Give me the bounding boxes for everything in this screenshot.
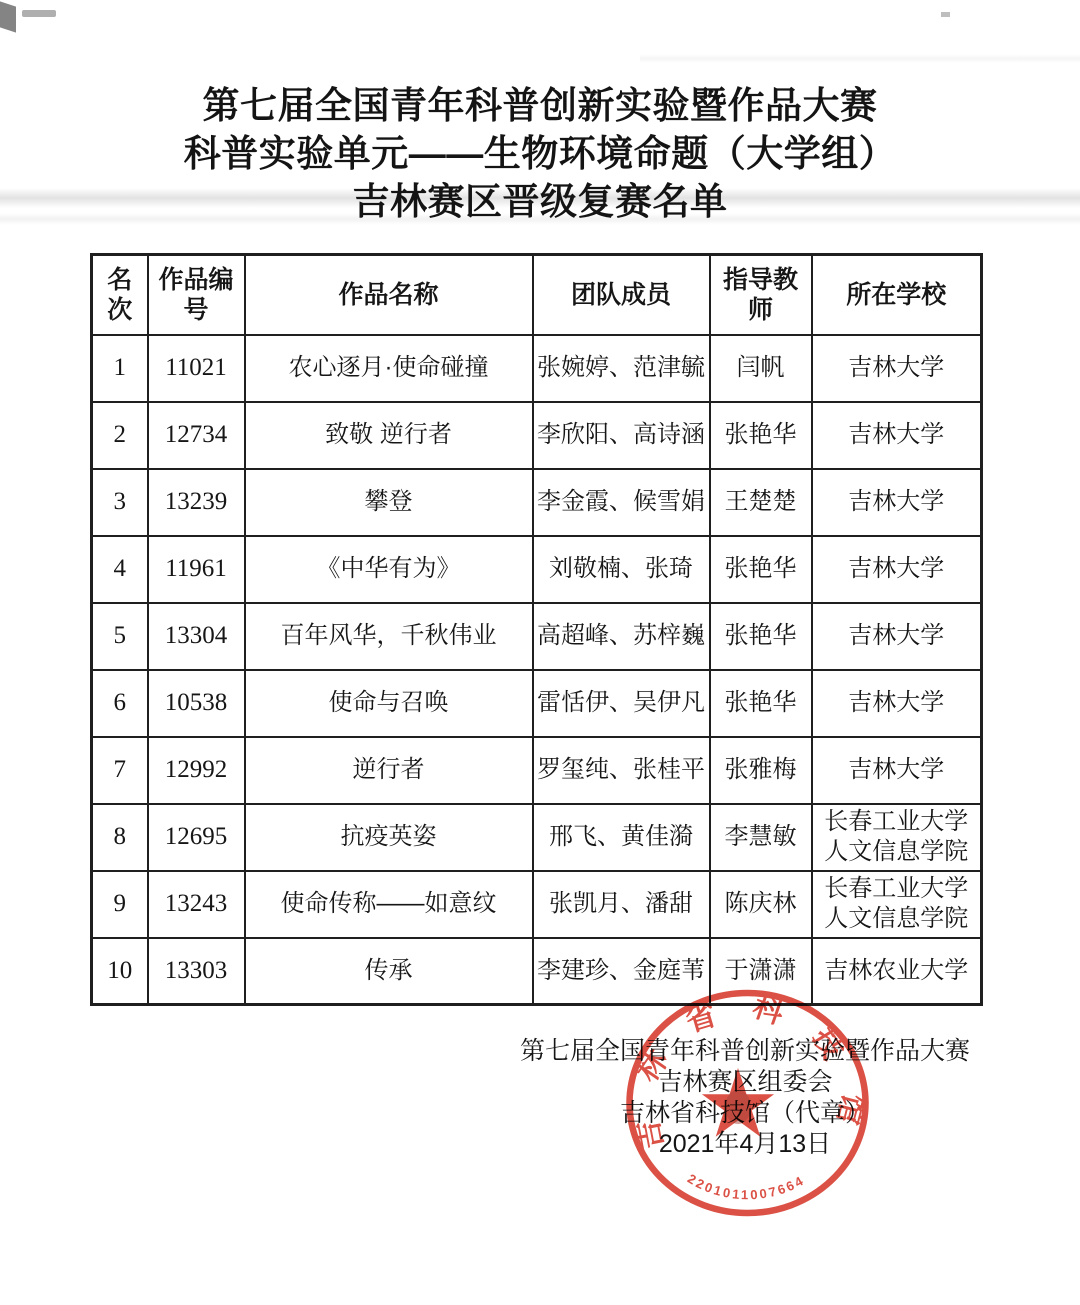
cell-rank: 10	[92, 938, 148, 1005]
results-table-body: 111021农心逐月·使命碰撞张婉婷、范津毓闫帆吉林大学212734致敬 逆行者…	[92, 335, 982, 1005]
cell-work-id: 12695	[148, 804, 245, 871]
table-row: 513304百年风华，千秋伟业高超峰、苏梓巍张艳华吉林大学	[92, 603, 982, 670]
table-header-row: 名次 作品编号 作品名称 团队成员 指导教师 所在学校	[92, 255, 982, 335]
col-header-rank: 名次	[92, 255, 148, 335]
cell-rank: 6	[92, 670, 148, 737]
document-title: 第七届全国青年科普创新实验暨作品大赛 科普实验单元——生物环境命题（大学组） 吉…	[0, 82, 1080, 226]
cell-advisor: 张艳华	[710, 536, 812, 603]
cell-work-id: 10538	[148, 670, 245, 737]
document-title-line-2: 科普实验单元——生物环境命题（大学组）	[0, 130, 1080, 178]
cell-rank: 7	[92, 737, 148, 804]
cell-advisor: 陈庆林	[710, 871, 812, 938]
table-row: 610538使命与召唤雷恬伊、吴伊凡张艳华吉林大学	[92, 670, 982, 737]
cell-work-id: 12992	[148, 737, 245, 804]
scan-artifact-corner	[0, 1, 16, 32]
cell-school: 吉林大学	[812, 737, 982, 804]
cell-advisor: 闫帆	[710, 335, 812, 402]
cell-rank: 5	[92, 603, 148, 670]
table-row: 111021农心逐月·使命碰撞张婉婷、范津毓闫帆吉林大学	[92, 335, 982, 402]
scan-artifact-band	[640, 54, 1080, 63]
cell-work-id: 11961	[148, 536, 245, 603]
table-row: 812695抗疫英姿邢飞、黄佳漪李慧敏长春工业大学人文信息学院	[92, 804, 982, 871]
cell-work-title: 传承	[245, 938, 533, 1005]
cell-school: 吉林大学	[812, 335, 982, 402]
cell-work-id: 12734	[148, 402, 245, 469]
scan-artifact-dash	[22, 10, 56, 17]
cell-advisor: 王楚楚	[710, 469, 812, 536]
cell-advisor: 张艳华	[710, 402, 812, 469]
col-header-work-id: 作品编号	[148, 255, 245, 335]
seal-arc-text: 吉林省科技馆	[625, 989, 869, 1159]
document-title-line-1: 第七届全国青年科普创新实验暨作品大赛	[0, 82, 1080, 130]
cell-rank: 9	[92, 871, 148, 938]
cell-advisor: 李慧敏	[710, 804, 812, 871]
cell-school: 长春工业大学人文信息学院	[812, 871, 982, 938]
cell-rank: 8	[92, 804, 148, 871]
cell-work-title: 使命传称——如意纹	[245, 871, 533, 938]
cell-rank: 2	[92, 402, 148, 469]
cell-work-title: 农心逐月·使命碰撞	[245, 335, 533, 402]
cell-school: 长春工业大学人文信息学院	[812, 804, 982, 871]
cell-team-members: 邢飞、黄佳漪	[533, 804, 710, 871]
cell-advisor: 张艳华	[710, 603, 812, 670]
table-row: 411961《中华有为》刘敬楠、张琦张艳华吉林大学	[92, 536, 982, 603]
seal-center-smudge	[725, 1090, 751, 1124]
cell-rank: 4	[92, 536, 148, 603]
cell-team-members: 张婉婷、范津毓	[533, 335, 710, 402]
cell-work-title: 攀登	[245, 469, 533, 536]
table-row: 712992逆行者罗玺纯、张桂平张雅梅吉林大学	[92, 737, 982, 804]
cell-team-members: 刘敬楠、张琦	[533, 536, 710, 603]
cell-school: 吉林大学	[812, 603, 982, 670]
cell-school: 吉林大学	[812, 536, 982, 603]
svg-text:吉林省科技馆: 吉林省科技馆	[625, 989, 869, 1159]
cell-team-members: 张凯月、潘甜	[533, 871, 710, 938]
document-title-line-3: 吉林赛区晋级复赛名单	[0, 178, 1080, 226]
cell-rank: 3	[92, 469, 148, 536]
seal-serial-number: 2201011007664	[685, 1171, 808, 1202]
official-seal: 吉林省科技馆 2201011007664	[605, 980, 905, 1250]
cell-school: 吉林大学	[812, 670, 982, 737]
cell-rank: 1	[92, 335, 148, 402]
col-header-school: 所在学校	[812, 255, 982, 335]
table-row: 913243使命传称——如意纹张凯月、潘甜陈庆林长春工业大学人文信息学院	[92, 871, 982, 938]
cell-work-title: 致敬 逆行者	[245, 402, 533, 469]
scanned-document-page: 第七届全国青年科普创新实验暨作品大赛 科普实验单元——生物环境命题（大学组） 吉…	[0, 0, 1080, 1305]
cell-advisor: 张艳华	[710, 670, 812, 737]
cell-team-members: 李欣阳、高诗涵	[533, 402, 710, 469]
cell-team-members: 罗玺纯、张桂平	[533, 737, 710, 804]
col-header-advisor: 指导教师	[710, 255, 812, 335]
cell-work-id: 11021	[148, 335, 245, 402]
cell-work-title: 逆行者	[245, 737, 533, 804]
cell-work-id: 13239	[148, 469, 245, 536]
cell-work-title: 使命与召唤	[245, 670, 533, 737]
cell-work-title: 百年风华，千秋伟业	[245, 603, 533, 670]
cell-team-members: 李金霞、候雪娟	[533, 469, 710, 536]
cell-school: 吉林大学	[812, 469, 982, 536]
col-header-work-title: 作品名称	[245, 255, 533, 335]
cell-work-title: 《中华有为》	[245, 536, 533, 603]
cell-work-id: 13243	[148, 871, 245, 938]
cell-team-members: 雷恬伊、吴伊凡	[533, 670, 710, 737]
cell-work-id: 13303	[148, 938, 245, 1005]
table-row: 212734致敬 逆行者李欣阳、高诗涵张艳华吉林大学	[92, 402, 982, 469]
cell-school: 吉林大学	[812, 402, 982, 469]
scan-artifact-dot	[941, 12, 950, 17]
results-table: 名次 作品编号 作品名称 团队成员 指导教师 所在学校 111021农心逐月·使…	[90, 253, 983, 1006]
table-row: 313239攀登李金霞、候雪娟王楚楚吉林大学	[92, 469, 982, 536]
svg-text:2201011007664: 2201011007664	[685, 1171, 808, 1202]
col-header-team-members: 团队成员	[533, 255, 710, 335]
cell-team-members: 高超峰、苏梓巍	[533, 603, 710, 670]
cell-work-title: 抗疫英姿	[245, 804, 533, 871]
cell-advisor: 张雅梅	[710, 737, 812, 804]
cell-work-id: 13304	[148, 603, 245, 670]
